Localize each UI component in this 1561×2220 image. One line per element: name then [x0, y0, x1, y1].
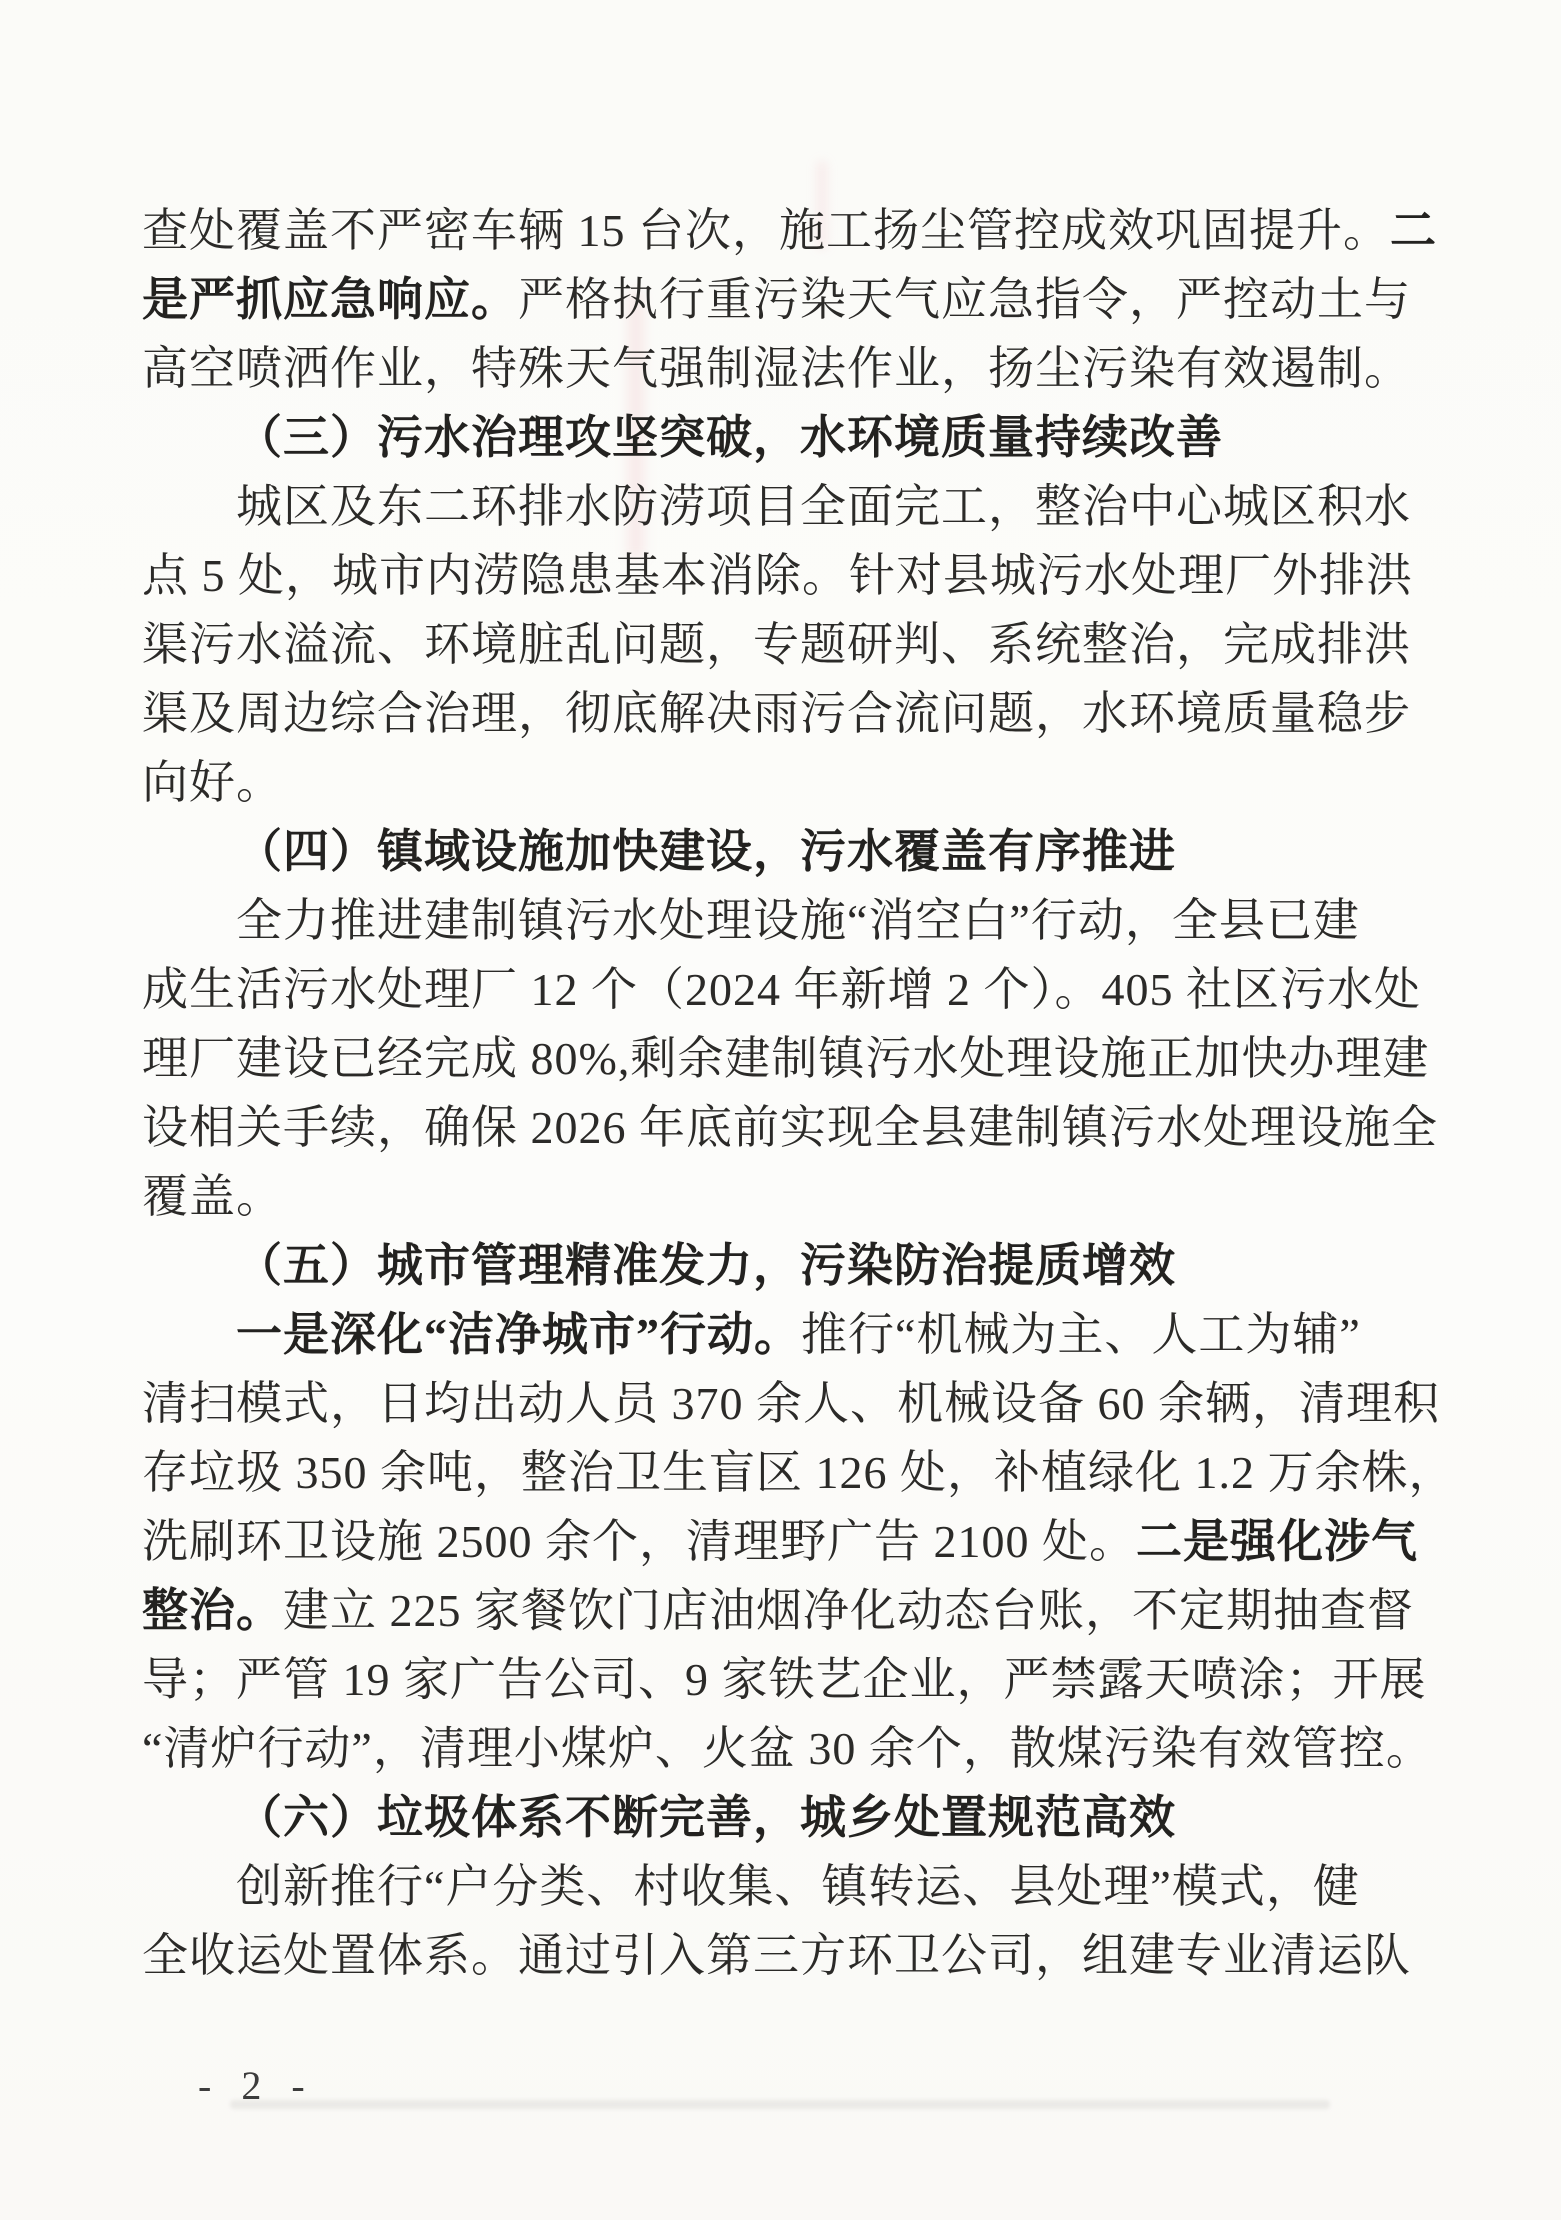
text-segment: 是严抓应急响应。	[142, 274, 518, 325]
text-line: 城区及东二环排水防涝项目全面完工，整治中心城区积水	[142, 472, 1437, 541]
text-line: “清炉行动”，清理小煤炉、火盆 30 余个，散煤污染有效管控。	[142, 1714, 1437, 1783]
text-line: （四）镇域设施加快建设，污水覆盖有序推进	[142, 817, 1437, 886]
scanned-document-page: 查处覆盖不严密车辆 15 台次，施工扬尘管控成效巩固提升。二是严抓应急响应。严格…	[0, 0, 1561, 2220]
text-segment: 向好。	[142, 757, 283, 808]
text-segment: 二是强化涉气	[1136, 1516, 1418, 1567]
text-line: 整治。建立 225 家餐饮门店油烟净化动态台账，不定期抽查督	[142, 1576, 1437, 1645]
text-segment: 存垃圾 350 余吨，整治卫生盲区 126 处，补植绿化 1.2 万余株，	[142, 1447, 1456, 1498]
text-segment: 创新推行“户分类、村收集、镇转运、县处理”模式，健	[236, 1861, 1360, 1912]
text-segment: 覆盖。	[142, 1171, 283, 1222]
text-segment: 设相关手续，确保 2026 年底前实现全县建制镇污水处理设施全	[142, 1102, 1438, 1153]
text-segment: 建立 225 家餐饮门店油烟净化动态台账，不定期抽查督	[283, 1585, 1414, 1636]
text-line: （六）垃圾体系不断完善，城乡处置规范高效	[142, 1783, 1437, 1852]
text-line: 导；严管 19 家广告公司、9 家铁艺企业，严禁露天喷涂；开展	[142, 1645, 1437, 1714]
text-line: 清扫模式，日均出动人员 370 余人、机械设备 60 余辆，清理积	[142, 1369, 1437, 1438]
text-line: 渠污水溢流、环境脏乱问题，专题研判、系统整治，完成排洪	[142, 610, 1437, 679]
text-segment: 高空喷洒作业，特殊天气强制湿法作业，扬尘污染有效遏制。	[142, 343, 1411, 394]
text-segment: 理厂建设已经完成 80%,剩余建制镇污水处理设施正加快办理建	[142, 1033, 1429, 1084]
text-segment: （四）镇域设施加快建设，污水覆盖有序推进	[236, 826, 1176, 877]
text-line: 高空喷洒作业，特殊天气强制湿法作业，扬尘污染有效遏制。	[142, 334, 1437, 403]
text-segment: 全力推进建制镇污水处理设施“消空白”行动，全县已建	[236, 895, 1360, 946]
text-line: 覆盖。	[142, 1162, 1437, 1231]
page-number: - 2 -	[198, 2062, 315, 2109]
text-segment: “清炉行动”，清理小煤炉、火盆 30 余个，散煤污染有效管控。	[142, 1723, 1433, 1774]
text-segment: 查处覆盖不严密车辆 15 台次，施工扬尘管控成效巩固提升。	[142, 205, 1390, 256]
text-line: 向好。	[142, 748, 1437, 817]
text-segment: 推行“机械为主、人工为辅”	[801, 1309, 1361, 1360]
text-line: 是严抓应急响应。严格执行重污染天气应急指令，严控动土与	[142, 265, 1437, 334]
text-line: （三）污水治理攻坚突破，水环境质量持续改善	[142, 403, 1437, 472]
text-segment: 渠及周边综合治理，彻底解决雨污合流问题，水环境质量稳步	[142, 688, 1411, 739]
text-line: 理厂建设已经完成 80%,剩余建制镇污水处理设施正加快办理建	[142, 1024, 1437, 1093]
text-segment: 清扫模式，日均出动人员 370 余人、机械设备 60 余辆，清理积	[142, 1378, 1440, 1429]
text-line: 渠及周边综合治理，彻底解决雨污合流问题，水环境质量稳步	[142, 679, 1437, 748]
text-segment: 严格执行重污染天气应急指令，严控动土与	[518, 274, 1411, 325]
text-line: 点 5 处，城市内涝隐患基本消除。针对县城污水处理厂外排洪	[142, 541, 1437, 610]
text-line: 全力推进建制镇污水处理设施“消空白”行动，全县已建	[142, 886, 1437, 955]
text-line: 查处覆盖不严密车辆 15 台次，施工扬尘管控成效巩固提升。二	[142, 196, 1437, 265]
text-segment: 导；严管 19 家广告公司、9 家铁艺企业，严禁露天喷涂；开展	[142, 1654, 1427, 1705]
text-segment: 洗刷环卫设施 2500 余个，清理野广告 2100 处。	[142, 1516, 1136, 1567]
text-line: 创新推行“户分类、村收集、镇转运、县处理”模式，健	[142, 1852, 1437, 1921]
text-segment: （六）垃圾体系不断完善，城乡处置规范高效	[236, 1792, 1176, 1843]
text-line: 成生活污水处理厂 12 个（2024 年新增 2 个）。405 社区污水处	[142, 955, 1437, 1024]
document-body: 查处覆盖不严密车辆 15 台次，施工扬尘管控成效巩固提升。二是严抓应急响应。严格…	[142, 196, 1437, 1990]
text-line: 存垃圾 350 余吨，整治卫生盲区 126 处，补植绿化 1.2 万余株，	[142, 1438, 1437, 1507]
text-segment: 成生活污水处理厂 12 个（2024 年新增 2 个）。405 社区污水处	[142, 964, 1421, 1015]
text-line: （五）城市管理精准发力，污染防治提质增效	[142, 1231, 1437, 1300]
text-segment: 渠污水溢流、环境脏乱问题，专题研判、系统整治，完成排洪	[142, 619, 1411, 670]
text-segment: （五）城市管理精准发力，污染防治提质增效	[236, 1240, 1176, 1291]
text-segment: 城区及东二环排水防涝项目全面完工，整治中心城区积水	[236, 481, 1411, 532]
text-segment: （三）污水治理攻坚突破，水环境质量持续改善	[236, 412, 1223, 463]
text-segment: 点 5 处，城市内涝隐患基本消除。针对县城污水处理厂外排洪	[142, 550, 1413, 601]
text-segment: 二	[1390, 205, 1437, 256]
text-line: 一是深化“洁净城市”行动。推行“机械为主、人工为辅”	[142, 1300, 1437, 1369]
text-line: 设相关手续，确保 2026 年底前实现全县建制镇污水处理设施全	[142, 1093, 1437, 1162]
text-segment: 一是深化“洁净城市”行动。	[236, 1309, 801, 1360]
scan-artifact	[230, 2100, 1330, 2109]
text-line: 全收运处置体系。通过引入第三方环卫公司，组建专业清运队	[142, 1921, 1437, 1990]
text-segment: 全收运处置体系。通过引入第三方环卫公司，组建专业清运队	[142, 1930, 1411, 1981]
text-line: 洗刷环卫设施 2500 余个，清理野广告 2100 处。二是强化涉气	[142, 1507, 1437, 1576]
text-segment: 整治。	[142, 1585, 283, 1636]
